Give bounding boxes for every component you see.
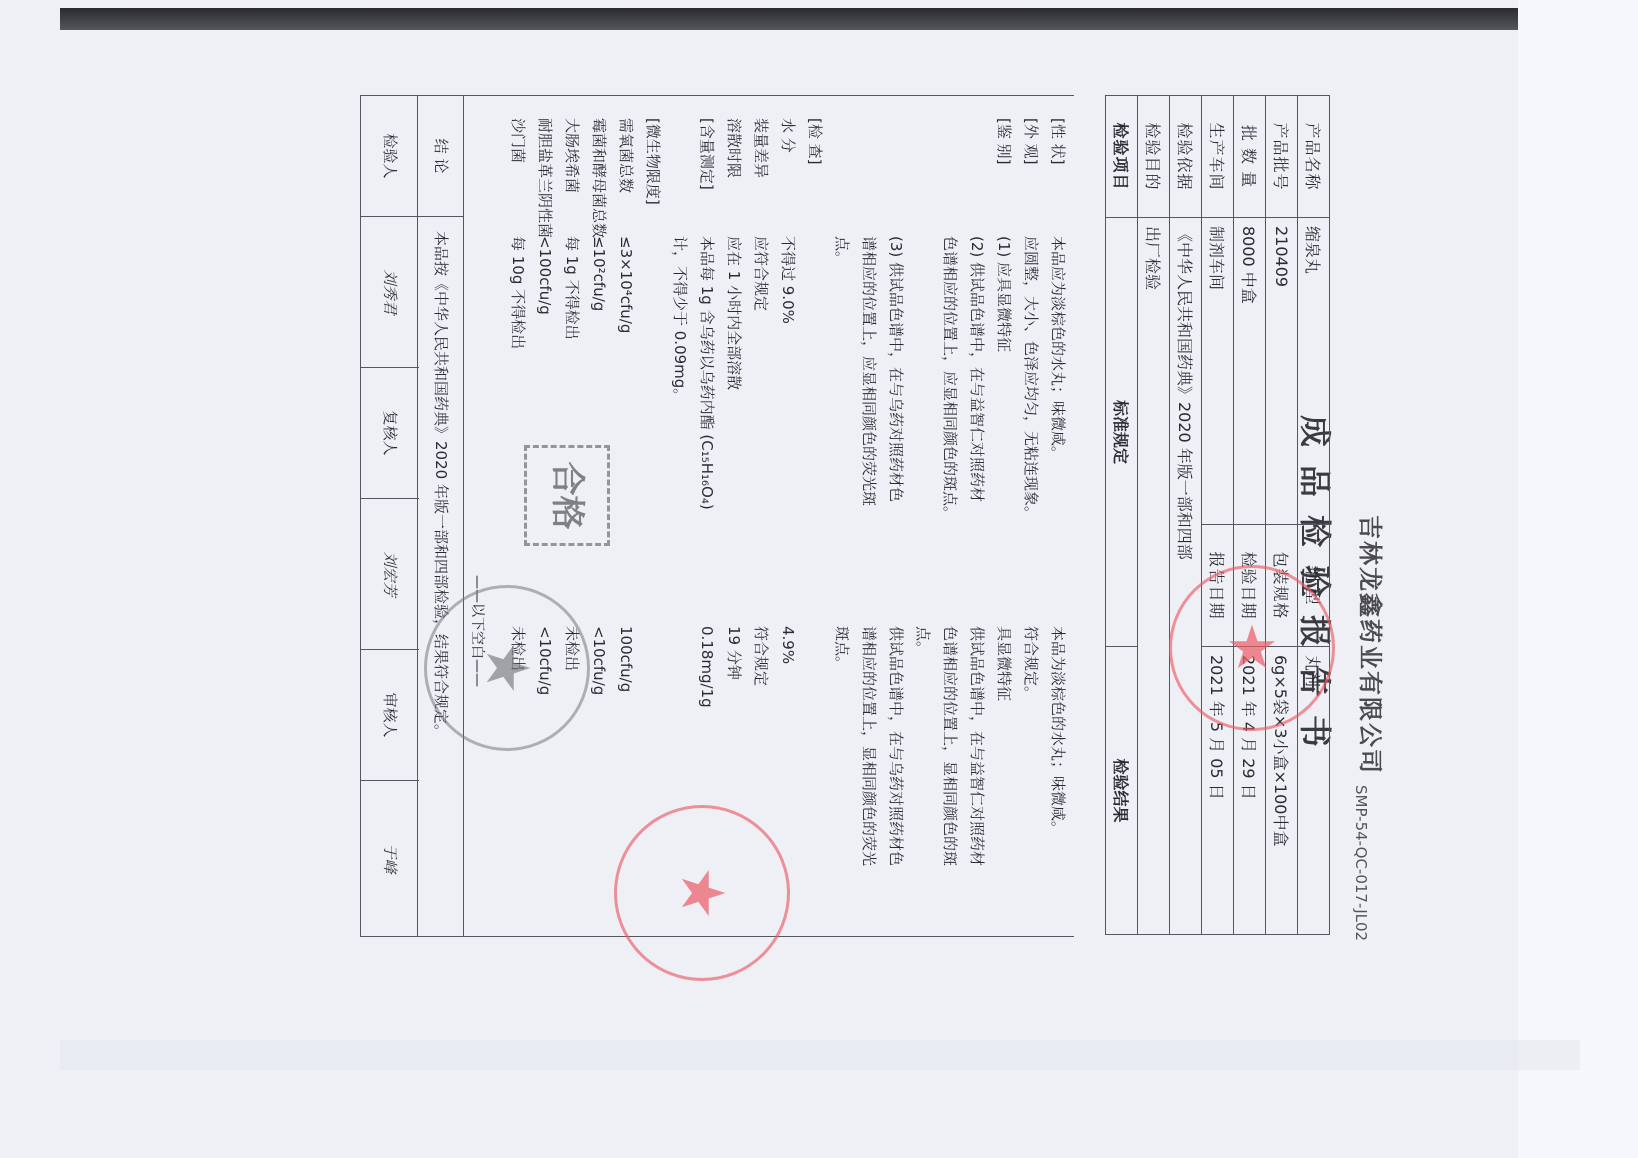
info-row: 检验依据 《中华人民共和国药典》2020 年版一部和四部 xyxy=(1170,96,1202,935)
item-standard: 应在 1 小时内全部溶散 xyxy=(721,236,746,390)
info-table: 产品名称 缩泉丸 剂 型 丸剂 产品批号 210409 包装规格 6g×5袋×3… xyxy=(1105,95,1330,935)
item-standard: 本品应为淡棕色的水丸；味微咸。 xyxy=(1045,236,1070,461)
item-name: [检 查] xyxy=(802,118,827,164)
info-row: 批 数 量 8000 中盒 检验日期 2021 年 4 月 29 日 xyxy=(1234,96,1266,935)
item-name: 需氧菌总数 xyxy=(613,118,638,193)
item-standard: 每 10g 不得检出 xyxy=(505,236,530,349)
scan-artifact xyxy=(60,1040,1580,1070)
col-header-item: 检验项目 xyxy=(1106,96,1138,218)
info-label: 生产车间 xyxy=(1202,96,1234,218)
item-name: [鉴 别] xyxy=(991,118,1016,164)
item-standard: 每 1g 不得检出 xyxy=(559,236,584,340)
reviewer-signature: 于峰 xyxy=(361,781,419,936)
item-standard: (2) 供试品色谱中，在与益智仁对照药材 xyxy=(964,236,989,502)
item-standard: 应符合规定 xyxy=(748,236,773,311)
column-header-row: 检验项目 标准规定 检验结果 xyxy=(1106,96,1138,935)
qc-pass-stamp: 合格 xyxy=(524,445,610,546)
signature-row: 检验人 刘秀君 复核人 刘宏芳 审核人 于峰 xyxy=(360,95,419,937)
inspector-label: 检验人 xyxy=(361,96,419,217)
item-standard: 计，不得少于 0.09mg。 xyxy=(667,236,692,403)
item-result: 色谱相应的位置上，显相同颜色的斑 xyxy=(937,626,962,866)
item-standard: 谱相应的位置上，应显相同颜色的荧光斑 xyxy=(856,236,881,506)
star-icon: ★ xyxy=(1172,618,1332,678)
item-standard: 本品每 1g 含乌药以乌药内酯 (C₁₅H₁₆O₄) xyxy=(694,236,719,510)
item-name: 沙门菌 xyxy=(505,118,530,163)
item-name: [含量测定] xyxy=(694,118,719,190)
item-result: 19 分钟 xyxy=(721,626,746,680)
item-standard: 应圆整，大小、色泽应均匀，无粘连现象。 xyxy=(1018,236,1043,521)
info-value: 8000 中盒 xyxy=(1234,218,1266,525)
item-result: 谱相应的位置上，显相同颜色的荧光 xyxy=(856,626,881,866)
item-standard: (3) 供试品色谱中，在与乌药对照药材色 xyxy=(883,236,908,502)
report-page: 吉林龙鑫药业有限公司 成品检验报告书 SMP-54-QC-017-JL02 产品… xyxy=(230,85,1330,945)
item-result: 0.18mg/1g xyxy=(694,626,719,708)
conclusion-label: 结 论 xyxy=(418,96,463,217)
item-name: [外 观] xyxy=(1018,118,1043,164)
info-value: 210409 xyxy=(1266,218,1298,525)
item-standard: 点。 xyxy=(829,236,854,266)
item-result: 点。 xyxy=(910,626,935,656)
scan-edge-bar xyxy=(60,8,1520,30)
item-standard: (1) 应具显微特征 xyxy=(991,236,1016,352)
col-header-result: 检验结果 xyxy=(1106,647,1138,935)
item-result: 符合规定 xyxy=(748,626,773,686)
item-name: 霉菌和酵母菌总数 xyxy=(586,118,611,238)
star-icon: ★ xyxy=(672,808,732,978)
inspector-signature: 刘秀君 xyxy=(361,217,419,368)
item-standard: 不得过 9.0% xyxy=(775,236,800,324)
info-label: 检验依据 xyxy=(1170,96,1202,218)
col-header-standard: 标准规定 xyxy=(1106,218,1138,647)
info-label: 产品名称 xyxy=(1298,96,1330,218)
company-name: 吉林龙鑫药业有限公司 xyxy=(1355,515,1390,775)
item-name: 溶散时限 xyxy=(721,118,746,178)
info-row: 产品批号 210409 包装规格 6g×5袋×3小盒×100中盒 xyxy=(1266,96,1298,935)
gray-seal-stamp: ★ xyxy=(424,585,590,751)
info-label: 检验目的 xyxy=(1138,96,1170,218)
checker-signature: 刘宏芳 xyxy=(361,499,419,650)
item-standard: ≤10²cfu/g xyxy=(586,236,611,311)
info-label: 产品批号 xyxy=(1266,96,1298,218)
red-seal-stamp: ★ xyxy=(1169,565,1335,731)
item-result: 本品为淡棕色的水丸；味微咸。 xyxy=(1045,626,1070,836)
info-value: 缩泉丸 xyxy=(1298,218,1330,525)
info-label: 批 数 量 xyxy=(1234,96,1266,218)
item-name: 耐胆盐革兰阴性菌 xyxy=(532,118,557,238)
info-value: 出厂检验 xyxy=(1138,218,1170,935)
item-name: 装量差异 xyxy=(748,118,773,178)
scan-margin xyxy=(1518,0,1638,1158)
item-result: 具显微特征 xyxy=(991,626,1016,701)
item-result: 4.9% xyxy=(775,626,800,664)
conclusion-row: 结 论 本品按《中华人民共和国药典》2020 年版一部和四部检验，结果符合规定。 xyxy=(417,95,464,937)
item-name: 大肠埃希菌 xyxy=(559,118,584,193)
red-seal-stamp-2: ★ xyxy=(614,805,790,981)
item-result: 100cfu/g xyxy=(613,626,638,692)
item-name: 水 分 xyxy=(775,118,800,153)
reviewer-label: 审核人 xyxy=(361,650,419,781)
item-result: 供试品色谱中，在与乌药对照药材色 xyxy=(883,626,908,866)
info-row: 生产车间 制剂车间 报告日期 2021 年 5 月 05 日 xyxy=(1202,96,1234,935)
item-name: [微生物限度] xyxy=(640,118,665,205)
item-result: 供试品色谱中，在与益智仁对照药材 xyxy=(964,626,989,866)
item-standard: ≤3×10⁴cfu/g xyxy=(613,236,638,333)
item-name: [性 状] xyxy=(1045,118,1070,164)
item-standard: 色谱相应的位置上，应显相同颜色的斑点。 xyxy=(937,236,962,521)
item-result: 符合规定。 xyxy=(1018,626,1043,701)
info-row: 检验目的 出厂检验 xyxy=(1138,96,1170,935)
info-value: 制剂车间 xyxy=(1202,218,1234,525)
info-row: 产品名称 缩泉丸 剂 型 丸剂 xyxy=(1298,96,1330,935)
checker-label: 复核人 xyxy=(361,368,419,499)
item-standard: <100cfu/g xyxy=(532,236,557,315)
star-icon: ★ xyxy=(477,588,537,748)
item-result: 斑点。 xyxy=(829,626,854,671)
info-value: 《中华人民共和国药典》2020 年版一部和四部 xyxy=(1170,218,1202,935)
document-code: SMP-54-QC-017-JL02 xyxy=(1352,785,1370,941)
